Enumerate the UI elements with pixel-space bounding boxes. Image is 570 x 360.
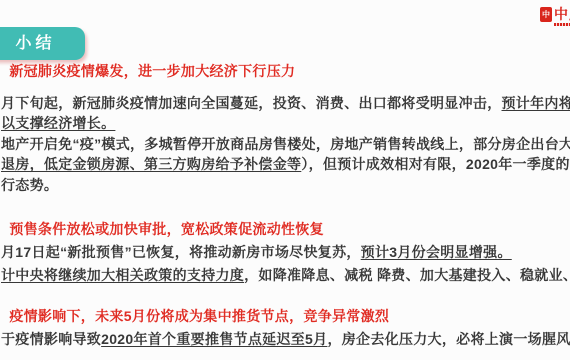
logo-name: 中原	[554, 7, 570, 22]
body-text-segment: 退房，低定金锁房源、第三方购房给予补偿金等	[1, 156, 301, 172]
slide: 小结 中 中原 、新冠肺炎疫情爆发，进一步加大经济下行压力月下旬起，新冠肺炎疫情…	[0, 0, 570, 360]
body-line: 以支撑经济增长。	[1, 115, 115, 132]
body-line: 行态势。	[1, 177, 58, 194]
body-text-segment: 预计年内将有较大降准降息空	[502, 95, 570, 111]
list-number-mark: 、	[0, 308, 9, 325]
heading-line: 、预售条件放松或加快审批，宽松政策促流动性恢复	[1, 221, 324, 238]
heading-text: 预售条件放松或加快审批，宽松政策促流动性恢复	[9, 221, 324, 237]
heading-line: 、新冠肺炎疫情爆发，进一步加大经济下行压力	[1, 63, 295, 80]
heading-text: 新冠肺炎疫情爆发，进一步加大经济下行压力	[9, 63, 295, 79]
body-text-segment: 以支撑经济增长。	[1, 115, 115, 131]
body-line: 月17日起“新批预售”已恢复，将推动新房市场尽快复苏，预计3月份会明显增强。	[1, 244, 512, 261]
logo-seal-icon: 中	[540, 7, 552, 22]
body-text-segment: 于疫情影响导致	[1, 331, 101, 347]
heading-text: 疫情影响下，未来5月份将成为集中推货节点，竞争异常激烈	[9, 308, 389, 324]
body-text-segment: ，房企去化压力大，必将上演一场腥风血雨的激烈竞争。	[327, 331, 570, 347]
body-text-segment: 地产开启免“疫”模式，多城暂停开放商品房售楼处，房地产销售转战线上，部分房企出台…	[1, 136, 570, 152]
heading-line: 、疫情影响下，未来5月份将成为集中推货节点，竞争异常激烈	[1, 308, 389, 325]
summary-badge: 小结	[0, 27, 85, 60]
body-text-segment: ，如降准降息、减税 降费、加大基建投入、稳就业、促消费等。	[244, 267, 570, 283]
centaline-logo: 中 中原	[540, 7, 570, 26]
body-text-segment: 计中央将继续加大相关政策的支持力度	[1, 267, 244, 283]
body-line: 月下旬起，新冠肺炎疫情加速向全国蔓延，投资、消费、出口都将受明显冲击，预计年内将…	[1, 95, 570, 112]
body-text-segment: 月下旬起，新冠肺炎疫情加速向全国蔓延，投资、消费、出口都将受明显冲击，	[1, 95, 502, 111]
body-text-segment: 月17日起“新批预售”已恢复，将推动新房市场尽快复苏，	[1, 244, 361, 260]
list-number-mark: 、	[0, 63, 9, 80]
body-line: 计中央将继续加大相关政策的支持力度，如降准降息、减税 降费、加大基建投入、稳就业…	[1, 267, 570, 284]
logo-tagline	[554, 23, 570, 26]
list-number-mark: 、	[0, 221, 9, 238]
body-line: 于疫情影响导致2020年首个重要推售节点延迟至5月，房企去化压力大，必将上演一场…	[1, 331, 570, 348]
body-line: 地产开启免“疫”模式，多城暂停开放商品房售楼处，房地产销售转战线上，部分房企出台…	[1, 136, 570, 153]
body-text-segment: 2020年首个重要推售节点延迟至5月	[101, 331, 327, 347]
body-text-segment: 行态势。	[1, 177, 58, 193]
body-line: 退房，低定金锁房源、第三方购房给予补偿金等），但预计成效相对有限，2020年一季…	[1, 156, 570, 173]
body-text-segment: 预计3月份会明显增强。	[361, 244, 512, 260]
body-text-segment: ），但预计成效相对有限，2020年一季度的市场将呈现明显	[301, 156, 570, 172]
